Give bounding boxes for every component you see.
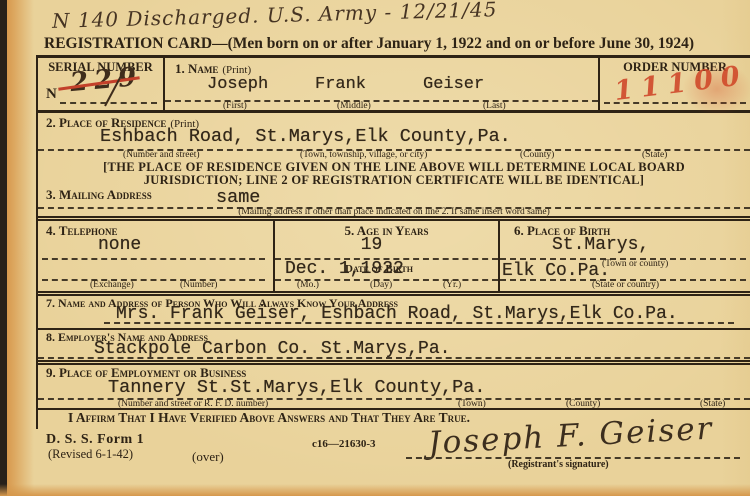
form-revision: (Revised 6-1-42) (48, 447, 133, 462)
scanned-registration-card: N 140 Discharged. U.S. Army - 12/21/45 R… (0, 0, 750, 496)
residence-sub-county: (County) (520, 150, 554, 160)
serial-number-box: SERIAL NUMBER N 229 (38, 58, 165, 110)
employment-value: Tannery St.St.Marys,Elk County,Pa. (108, 377, 485, 398)
name-middle-value: Frank (315, 75, 366, 94)
birth-sub-town: (Town or county) (602, 259, 668, 269)
handwritten-discharge-annotation: N 140 Discharged. U.S. Army - 12/21/45 (52, 0, 498, 33)
telephone-sub-number: (Number) (180, 280, 217, 290)
employer-dashed-line (38, 357, 750, 359)
telephone-value: none (98, 235, 141, 255)
name-sub-middle: (Middle) (337, 101, 371, 111)
registration-form-table: SERIAL NUMBER N 229 1. Name (Print) Jose… (36, 55, 750, 429)
employment-sub-state: (State) (700, 399, 725, 409)
order-number-box: ORDER NUMBER 11100 (600, 58, 750, 110)
row-employment: 9. Place of Employment or Business Tanne… (38, 365, 750, 410)
mailing-label: 3. Mailing Address (46, 187, 152, 203)
employment-sub-town: (Town) (458, 399, 486, 409)
row-residence-mailing: 2. Place of Residence (Print) Eshbach Ro… (38, 113, 750, 221)
dob-sub-day: (Day) (370, 280, 392, 290)
name-sub-last: (Last) (483, 101, 506, 111)
serial-dashed-line (60, 102, 157, 104)
dob-sub-year: (Yr.) (443, 280, 461, 290)
name-last-value: Geiser (423, 75, 484, 94)
age-value: 19 (275, 235, 468, 255)
row-serial-name-order: SERIAL NUMBER N 229 1. Name (Print) Jose… (38, 58, 750, 113)
name-sub-first: (First) (223, 101, 247, 111)
row-employer: 8. Employer's Name and Address Stackpole… (38, 330, 750, 365)
residence-sub-state: (State) (642, 150, 667, 160)
telephone-sub-exchange: (Exchange) (90, 280, 134, 290)
contact-value: Mrs. Frank Geiser, Eshbach Road, St.Mary… (116, 304, 678, 324)
contact-dashed-line (104, 322, 734, 324)
dob-sub-month: (Mo.) (297, 280, 319, 290)
jurisdiction-note-line2: JURISDICTION; LINE 2 OF REGISTRATION CER… (38, 173, 750, 188)
form-number: D. S. S. Form 1 (46, 432, 144, 448)
place-of-birth-box: 6. Place of Birth St.Marys, (Town or cou… (500, 221, 750, 291)
birth-sub-state: (State or country) (592, 280, 659, 290)
age-dob-box: 5. Age in Years 19 Date of Birth Dec. 1,… (275, 221, 500, 291)
name-label: 1. Name (175, 61, 218, 76)
scan-edge-dark (0, 0, 7, 496)
mailing-value: same (216, 187, 260, 208)
telephone-dashed-line-1 (42, 258, 265, 260)
serial-prefix: N (46, 86, 57, 103)
residence-value: Eshbach Road, St.Marys,Elk County,Pa. (100, 126, 511, 147)
telephone-dashed-line-2 (42, 279, 265, 281)
red-pencil-smudge (682, 62, 750, 116)
birth-state-value: Elk Co.Pa. (502, 261, 610, 281)
row-contact-person: 7. Name and Address of Person Who Will A… (38, 296, 750, 330)
over-note: (over) (192, 449, 224, 465)
telephone-box: 4. Telephone none (Exchange) (Number) (38, 221, 275, 291)
affirmation-text: I Affirm That I Have Verified Above Answ… (68, 410, 470, 426)
name-box: 1. Name (Print) Joseph Frank Geiser (Fir… (165, 58, 600, 110)
card-title: REGISTRATION CARD—(Men born on or after … (44, 35, 694, 53)
birth-town-value: St.Marys, (552, 235, 649, 255)
dob-value: Dec. 1,1922 (285, 259, 404, 279)
employment-sub-street: (Number and street or R. F. D. number) (118, 399, 268, 409)
residence-sub-town: (Town, township, village, or city) (300, 150, 427, 160)
residence-sub-street: (Number and street) (123, 150, 200, 160)
signature-label: (Registrant's signature) (508, 459, 609, 470)
print-code: c16—21630-3 (312, 438, 376, 450)
row-telephone-age-birth: 4. Telephone none (Exchange) (Number) 5.… (38, 221, 750, 296)
employer-value: Stackpole Carbon Co. St.Marys,Pa. (94, 339, 450, 359)
employment-sub-county: (County) (566, 399, 600, 409)
name-first-value: Joseph (207, 75, 268, 94)
mailing-sub-label: (Mailing address if other than place ind… (38, 207, 750, 217)
